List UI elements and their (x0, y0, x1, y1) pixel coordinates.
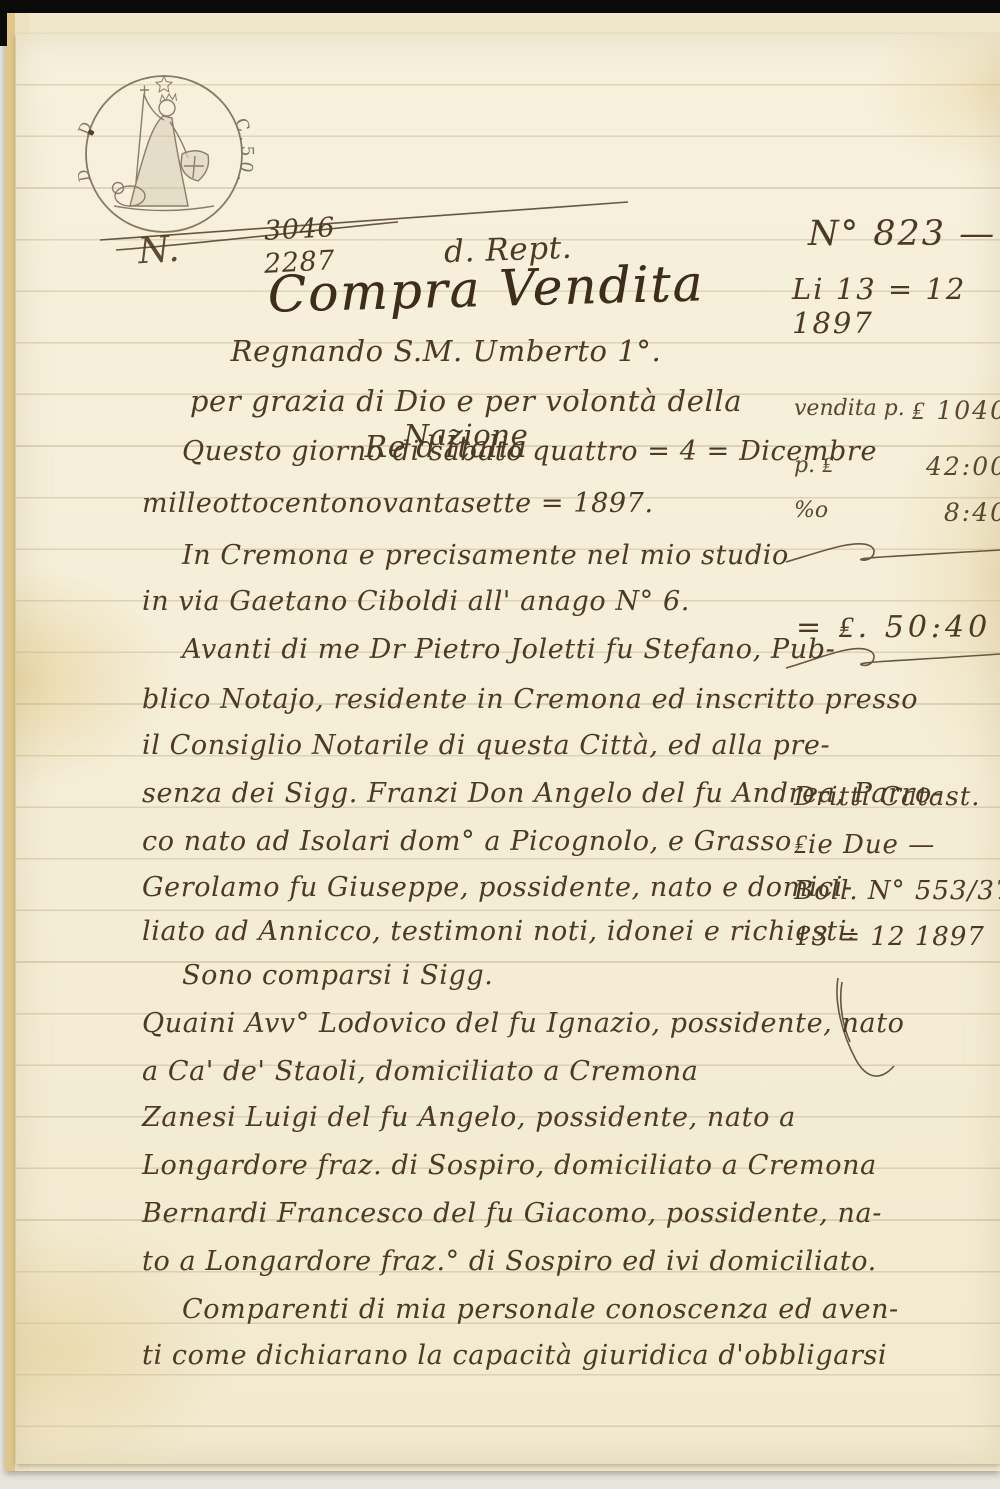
body-line: Sono comparsi i Sigg. (142, 960, 846, 991)
body-line: Avanti di me Dr Pietro Joletti fu Stefan… (142, 634, 846, 665)
body-line: In Cremona e precisamente nel mio studio (142, 540, 846, 571)
scanned-notarial-deed: { "stamp": { "denomination": "C.50.", "l… (0, 0, 1000, 1489)
body-line: Longardore fraz. di Sospiro, domiciliato… (142, 1150, 806, 1181)
document-title: Compra Vendita (255, 254, 716, 324)
fee-amount: 8:40 (944, 498, 1000, 527)
fee-amount: 42:00 (926, 452, 1000, 481)
body-line: milleottocentonovantasette = 1897. (142, 488, 806, 519)
body-line: Quaini Avv° Lodovico del fu Ignazio, pos… (142, 1008, 806, 1039)
body-line: co nato ad Isolari dom° a Picognolo, e G… (142, 826, 806, 857)
body-line: liato ad Annicco, testimoni noti, idonei… (142, 916, 806, 947)
invocation-line-1: Regnando S.M. Umberto 1°. (166, 334, 726, 368)
fee-line: %o 8:40 (794, 498, 1000, 527)
repertorio-number-top: 3046 (263, 212, 336, 247)
body-line: a Ca' de' Staoli, domiciliato a Cremona (142, 1056, 806, 1087)
fee-label: vendita p. (794, 396, 905, 426)
registration-note-2: ₤ie Due — (794, 830, 935, 860)
body-line: Zanesi Luigi del fu Angelo, possidente, … (142, 1102, 806, 1133)
body-line: Gerolamo fu Giuseppe, possidente, nato e… (142, 872, 806, 903)
act-number: N° 823 — (808, 214, 996, 254)
crossed-number-prefix: N. (137, 229, 182, 273)
body-line: ti come dichiarano la capacità giuridica… (142, 1340, 806, 1371)
body-line: Bernardi Francesco del fu Giacomo, possi… (142, 1198, 806, 1229)
scanner-background-edge (0, 0, 1000, 13)
fee-amount: ₤ 1040 (912, 396, 1000, 426)
body-line: Comparenti di mia personale conoscenza e… (142, 1294, 846, 1325)
body-line: Questo giorno di sabato quattro = 4 = Di… (142, 436, 846, 467)
body-line: to a Longardore fraz.° di Sospiro ed ivi… (142, 1246, 806, 1277)
body-line: blico Notajo, residente in Cremona ed in… (142, 684, 806, 715)
body-line: in via Gaetano Ciboldi all' anago N° 6. (142, 586, 806, 617)
body-line: il Consiglio Notarile di questa Città, e… (142, 730, 806, 761)
body-line: senza dei Sigg. Franzi Don Angelo del fu… (142, 778, 806, 809)
scanner-background-corner (0, 0, 7, 46)
fee-line: vendita p. ₤ 1040 (794, 396, 1000, 426)
document-page: C.50. D D N. 3046 2287 d. Rept. Compra V… (16, 34, 1000, 1464)
act-date: Li 13 = 12 1897 (792, 272, 1000, 340)
